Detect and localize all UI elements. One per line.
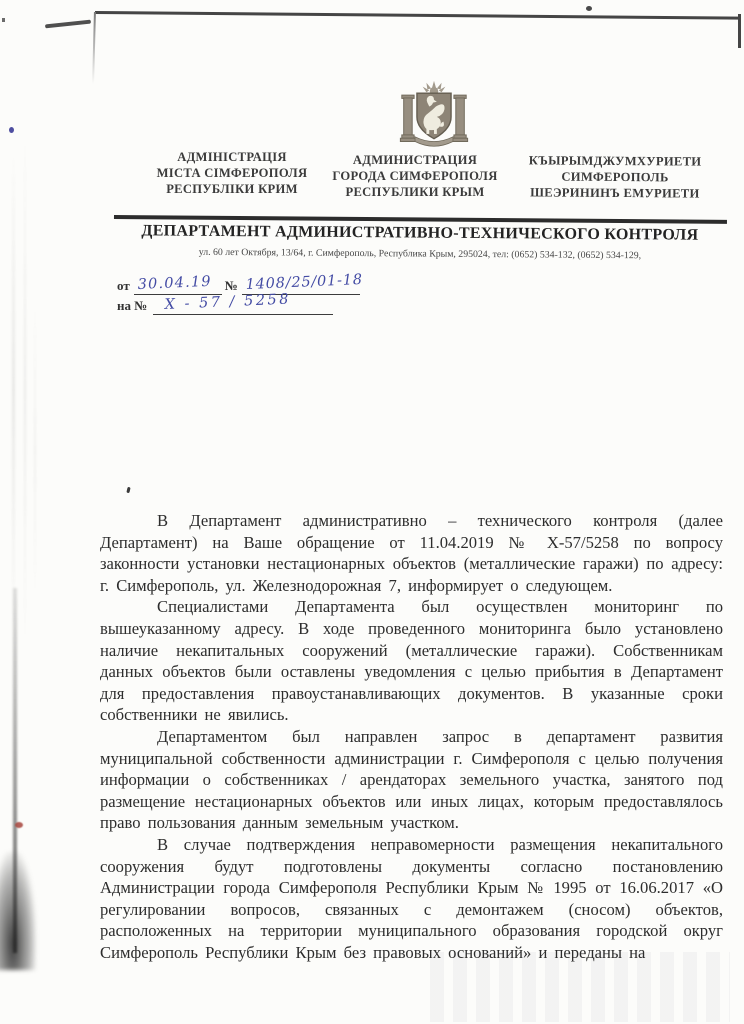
org-name-ukrainian: АДМІНІСТРАЦІЯ МІСТА СІМФЕРОПОЛЯ РЕСПУБЛІ… <box>132 149 332 197</box>
scan-smudge-streak <box>12 150 15 630</box>
org-line: МІСТА СІМФЕРОПОЛЯ <box>132 165 332 181</box>
scan-blue-speck <box>9 127 14 133</box>
body-paragraph: Специалистами Департамента был осуществл… <box>100 596 723 726</box>
outgoing-date-field: 30.04.19 <box>134 276 222 295</box>
org-line: АДМИНИСТРАЦИЯ <box>322 152 508 168</box>
org-name-russian: АДМИНИСТРАЦИЯ ГОРОДА СИМФЕРОПОЛЯ РЕСПУБЛ… <box>322 152 508 200</box>
org-line: РЕСПУБЛІКИ КРИМ <box>132 181 332 197</box>
scan-smudge-streak <box>24 130 26 650</box>
scan-top-edge-line <box>95 11 741 20</box>
org-line: ГОРОДА СИМФЕРОПОЛЯ <box>322 168 508 184</box>
scan-top-right-corner <box>738 14 741 48</box>
org-line: РЕСПУБЛИКИ КРЫМ <box>322 184 508 200</box>
org-line: АДМІНІСТРАЦІЯ <box>132 149 332 165</box>
number-sign: № <box>225 278 238 295</box>
body-paragraph: В Департамент административно – техничес… <box>100 510 723 596</box>
org-line: ШЕЭРИНИНЪ ЕМУРИЕТИ <box>506 184 724 202</box>
from-label: от <box>117 278 130 295</box>
department-title: ДЕПАРТАМЕНТ АДМИНИСТРАТИВНО-ТЕХНИЧЕСКОГО… <box>98 222 742 245</box>
scanned-letter-page: АДМІНІСТРАЦІЯ МІСТА СІМФЕРОПОЛЯ РЕСПУБЛІ… <box>0 0 744 1024</box>
incoming-label: на № <box>117 298 147 315</box>
letter-body: В Департамент административно – техничес… <box>100 510 723 963</box>
scan-pen-dash-mark <box>45 20 91 29</box>
reference-block: от30.04.19№1408/25/01-18 на №Х - 57 / 52… <box>117 276 360 316</box>
crimea-coat-of-arms-icon <box>398 80 470 150</box>
body-paragraph: Департаментом был направлен запрос в деп… <box>100 726 723 834</box>
scan-stray-mark <box>126 487 130 494</box>
department-address-line: ул. 60 лет Октября, 13/64, г. Симферопол… <box>98 246 742 262</box>
body-paragraph: В случае подтверждения неправомерности р… <box>100 834 723 964</box>
scan-page-left-edge <box>92 12 96 84</box>
handwritten-outgoing-number: 1408/25/01-18 <box>245 272 363 293</box>
incoming-reference-line: на №Х - 57 / 5258 <box>117 296 360 316</box>
scan-red-speck <box>15 822 23 828</box>
org-line: СИМФЕРОПОЛЬ <box>506 168 724 186</box>
org-line: КЪЫРЫМДЖУМХУРИЕТИ <box>506 152 724 170</box>
scan-dark-blob <box>0 852 36 970</box>
org-name-crimean-tatar: КЪЫРЫМДЖУМХУРИЕТИ СИМФЕРОПОЛЬ ШЕЭРИНИНЪ … <box>506 152 724 202</box>
handwritten-outgoing-date: 30.04.19 <box>137 274 212 293</box>
scan-ink-dot <box>586 6 592 11</box>
scan-left-tick <box>2 18 5 22</box>
incoming-number-field: Х - 57 / 5258 <box>153 296 333 315</box>
scan-smudge-streak <box>34 300 36 600</box>
